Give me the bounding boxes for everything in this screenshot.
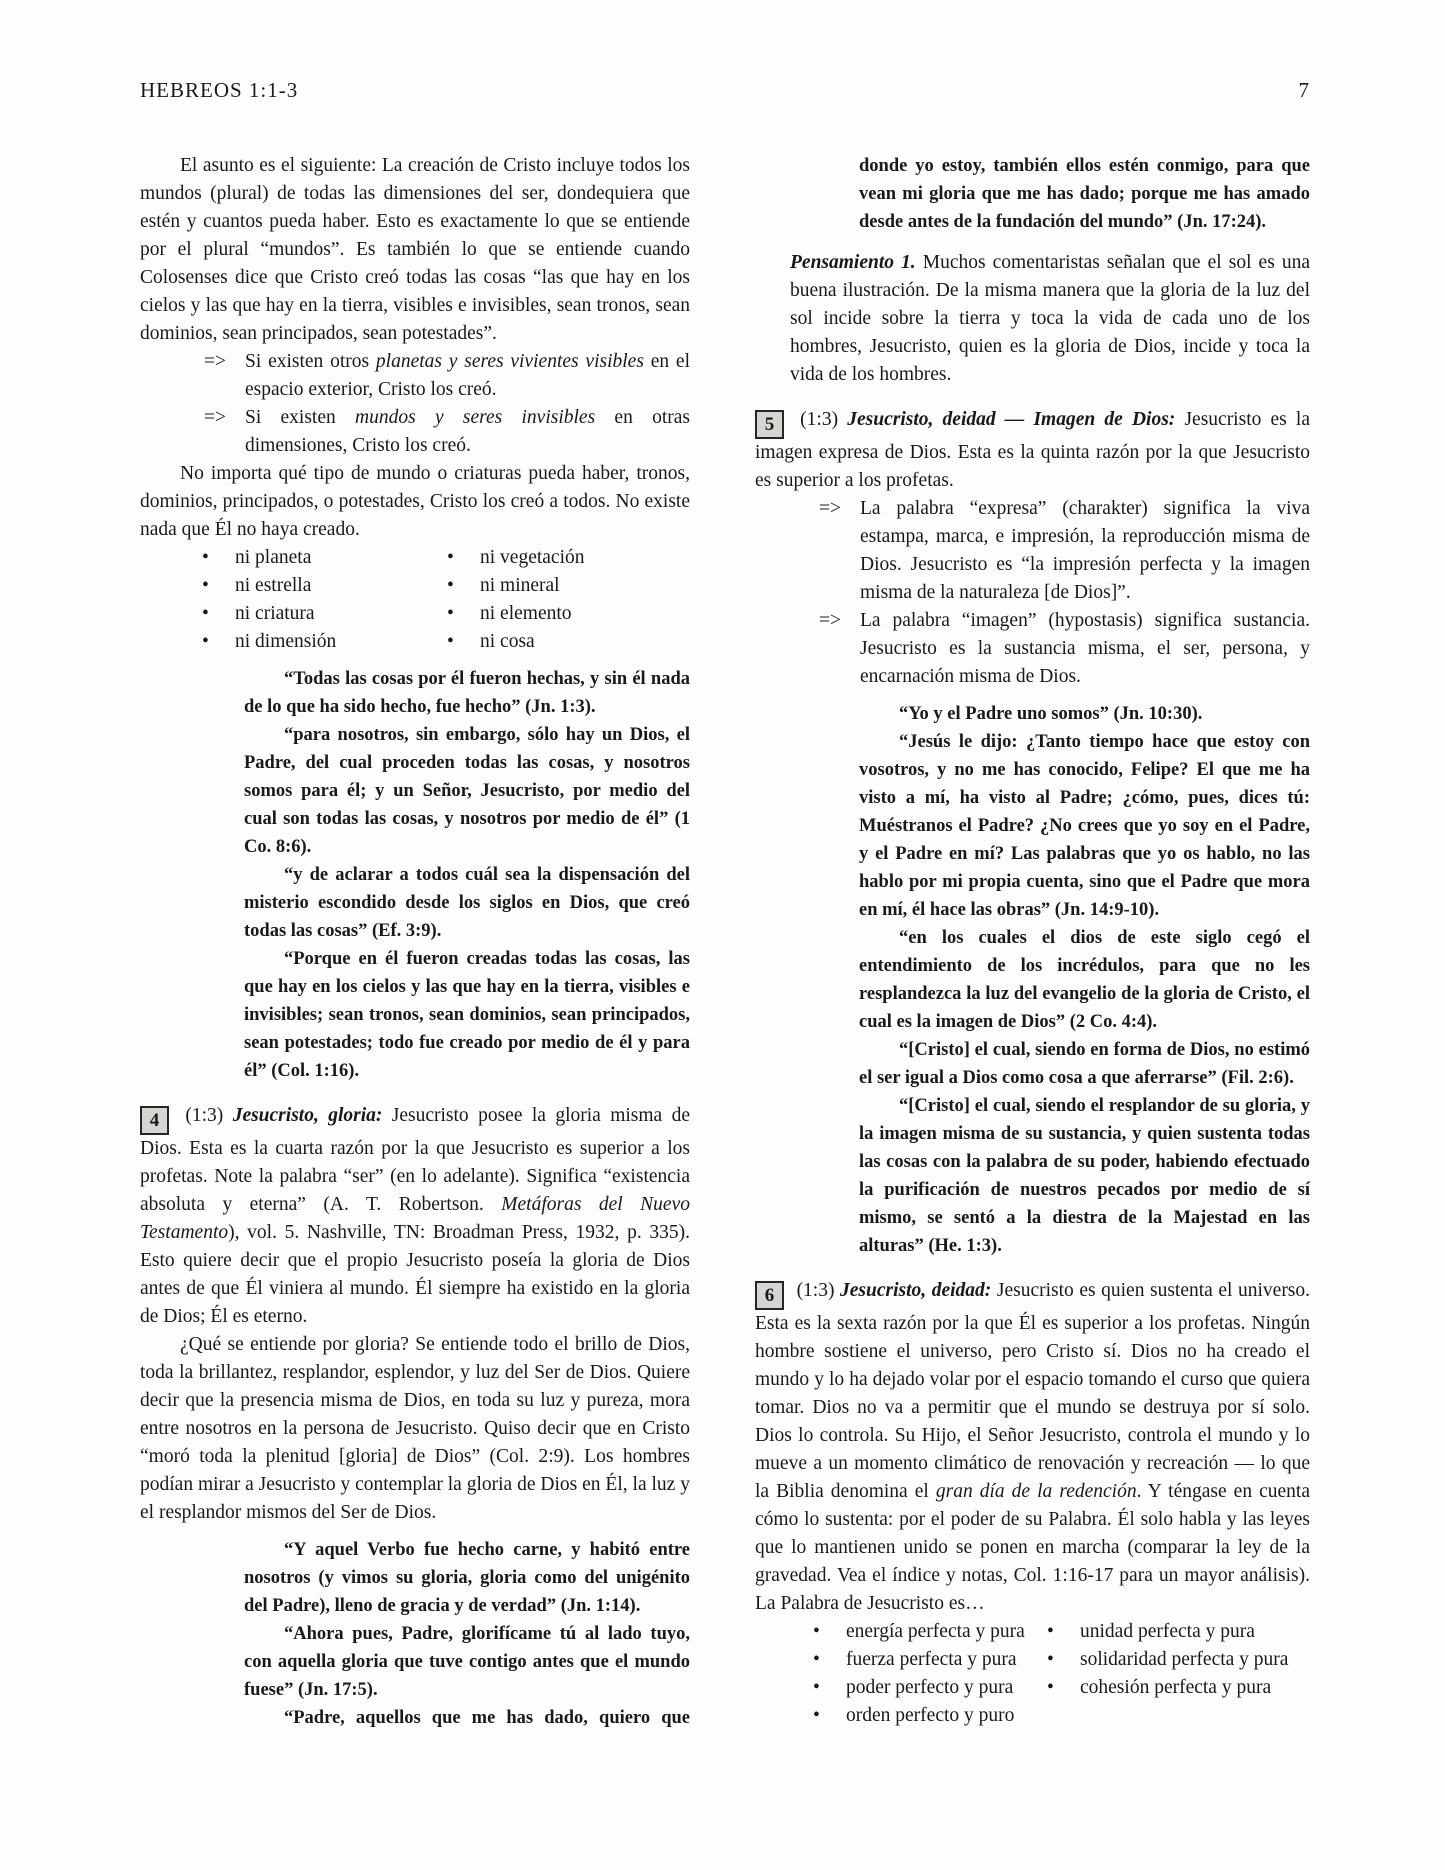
running-head: HEBREOS 1:1-3 (140, 76, 298, 104)
arrow-text: Si existen mundos y seres invisibles en … (245, 404, 690, 460)
list-item-text: energía perfecta y pura (846, 1618, 1047, 1646)
bullet-list: •ni planeta •ni estrella •ni criatura •n… (140, 544, 690, 656)
list-item-text: ni estrella (235, 572, 447, 600)
scripture-quote: “[Cristo] el cual, siendo en forma de Di… (859, 1036, 1310, 1092)
paragraph: ¿Qué se entiende por gloria? Se entiende… (140, 1331, 690, 1527)
list-item: •poder perfecto y pura (813, 1674, 1047, 1702)
section-title: Jesucristo, gloria: (233, 1105, 383, 1126)
list-item-text: cohesión perfecta y pura (1080, 1674, 1310, 1702)
list-item-text: ni cosa (480, 628, 690, 656)
bullet-icon: • (447, 600, 480, 628)
two-column-layout: El asunto es el siguiente: La creación d… (140, 152, 1310, 1741)
bullet-icon: • (202, 544, 235, 572)
arrow-marker: => (755, 607, 860, 691)
list-item-text: solidaridad perfecta y pura (1080, 1646, 1310, 1674)
bullet-icon: • (1047, 1618, 1080, 1646)
bullet-icon: • (813, 1618, 846, 1646)
bullet-list: •energía perfecta y pura •fuerza perfect… (755, 1618, 1310, 1730)
list-item-text: orden perfecto y puro (846, 1702, 1047, 1730)
arrow-marker: => (755, 495, 860, 607)
arrow-text: La palabra “imagen” (hypostasis) signifi… (860, 607, 1310, 691)
bullet-icon: • (447, 544, 480, 572)
scripture-quote: “Jesús le dijo: ¿Tanto tiempo hace que e… (859, 728, 1310, 924)
list-item: •ni vegetación (447, 544, 690, 572)
list-item: •energía perfecta y pura (813, 1618, 1047, 1646)
list-item-text: ni mineral (480, 572, 690, 600)
bullet-icon: • (813, 1702, 846, 1730)
thought-lead: Pensamiento 1. (790, 252, 916, 273)
arrow-item: => Si existen mundos y seres invisibles … (140, 404, 690, 460)
list-item: •orden perfecto y puro (813, 1702, 1047, 1730)
bullet-icon: • (813, 1674, 846, 1702)
bullet-list-column: •energía perfecta y pura •fuerza perfect… (755, 1618, 1047, 1730)
list-item-text: fuerza perfecta y pura (846, 1646, 1047, 1674)
list-item-text: ni criatura (235, 600, 447, 628)
list-item: •ni planeta (202, 544, 447, 572)
scripture-quote: “[Cristo] el cual, siendo el resplandor … (859, 1092, 1310, 1260)
list-item-text: ni elemento (480, 600, 690, 628)
section-title: Jesucristo, deidad — Imagen de Dios: (847, 409, 1175, 430)
bullet-icon: • (202, 628, 235, 656)
section-text: Jesucristo es quien sustenta el universo… (755, 1280, 1310, 1614)
scripture-quote: “Todas las cosas por él fueron hechas, y… (244, 665, 690, 721)
list-item: •ni elemento (447, 600, 690, 628)
section-5: 5 (1:3) Jesucristo, deidad — Imagen de D… (755, 406, 1310, 495)
section-title: Jesucristo, deidad: (840, 1280, 991, 1301)
list-item: •ni criatura (202, 600, 447, 628)
list-item: •solidaridad perfecta y pura (1047, 1646, 1310, 1674)
section-ref: (1:3) (185, 1105, 223, 1126)
list-item: •ni estrella (202, 572, 447, 600)
list-item: •unidad perfecta y pura (1047, 1618, 1310, 1646)
arrow-item: => La palabra “expresa” (charakter) sign… (755, 495, 1310, 607)
scripture-quote-block: “Yo y el Padre uno somos” (Jn. 10:30). “… (755, 700, 1310, 1260)
scripture-quote: “y de aclarar a todos cuál sea la dispen… (244, 861, 690, 945)
bullet-list-column: •unidad perfecta y pura •solidaridad per… (1047, 1618, 1310, 1730)
bullet-list-column: •ni planeta •ni estrella •ni criatura •n… (140, 544, 447, 656)
book-page: HEBREOS 1:1-3 7 El asunto es el siguient… (0, 0, 1445, 1870)
bullet-icon: • (1047, 1674, 1080, 1702)
list-item: •ni dimensión (202, 628, 447, 656)
list-item-text: ni dimensión (235, 628, 447, 656)
scripture-quote-block: donde yo estoy, también ellos estén conm… (755, 152, 1310, 236)
scripture-quote: “Y aquel Verbo fue hecho carne, y habitó… (244, 1536, 690, 1620)
list-item: •ni cosa (447, 628, 690, 656)
arrow-text: Si existen otros planetas y seres vivien… (245, 348, 690, 404)
paragraph: No importa qué tipo de mundo o criaturas… (140, 460, 690, 544)
arrow-text: La palabra “expresa” (charakter) signifi… (860, 495, 1310, 607)
bullet-icon: • (813, 1646, 846, 1674)
bullet-icon: • (447, 572, 480, 600)
section-number-box: 4 (140, 1106, 169, 1135)
paragraph: El asunto es el siguiente: La creación d… (140, 152, 690, 348)
scripture-quote: “Padre, aquellos que me has dado, quiero… (244, 1704, 690, 1732)
scripture-quote: “para nosotros, sin embargo, sólo hay un… (244, 721, 690, 861)
scripture-quote: “en los cuales el dios de este siglo ceg… (859, 924, 1310, 1036)
section-number-box: 5 (755, 410, 784, 439)
bullet-icon: • (202, 572, 235, 600)
list-item: •ni mineral (447, 572, 690, 600)
list-item: •fuerza perfecta y pura (813, 1646, 1047, 1674)
scripture-quote: “Ahora pues, Padre, glorifícame tú al la… (244, 1620, 690, 1704)
section-4: 4 (1:3) Jesucristo, gloria: Jesucristo p… (140, 1102, 690, 1331)
arrow-item: => La palabra “imagen” (hypostasis) sign… (755, 607, 1310, 691)
thought-paragraph: Pensamiento 1. Muchos comentaristas seña… (755, 249, 1310, 389)
list-item-text: ni planeta (235, 544, 447, 572)
arrow-marker: => (140, 348, 245, 404)
arrow-item: => Si existen otros planetas y seres viv… (140, 348, 690, 404)
list-item: •cohesión perfecta y pura (1047, 1674, 1310, 1702)
section-6: 6 (1:3) Jesucristo, deidad: Jesucristo e… (755, 1277, 1310, 1618)
scripture-quote-continuation: donde yo estoy, también ellos estén conm… (859, 152, 1310, 236)
bullet-icon: • (202, 600, 235, 628)
bullet-list-column: •ni vegetación •ni mineral •ni elemento … (447, 544, 690, 656)
page-header: HEBREOS 1:1-3 7 (140, 76, 1310, 104)
page-number: 7 (1299, 76, 1311, 104)
scripture-quote-block: “Todas las cosas por él fueron hechas, y… (140, 665, 690, 1085)
left-column: El asunto es el siguiente: La creación d… (140, 152, 690, 1741)
scripture-quote-block: “Y aquel Verbo fue hecho carne, y habitó… (140, 1536, 690, 1732)
scripture-quote: “Yo y el Padre uno somos” (Jn. 10:30). (859, 700, 1310, 728)
right-column: donde yo estoy, también ellos estén conm… (755, 152, 1310, 1741)
list-item-text: unidad perfecta y pura (1080, 1618, 1310, 1646)
list-item-text: ni vegetación (480, 544, 690, 572)
bullet-icon: • (1047, 1646, 1080, 1674)
section-ref: (1:3) (800, 409, 838, 430)
scripture-quote: “Porque en él fueron creadas todas las c… (244, 945, 690, 1085)
bullet-icon: • (447, 628, 480, 656)
section-text: Jesucristo posee la gloria misma de Dios… (140, 1105, 690, 1327)
arrow-marker: => (140, 404, 245, 460)
list-item-text: poder perfecto y pura (846, 1674, 1047, 1702)
section-ref: (1:3) (797, 1280, 835, 1301)
section-number-box: 6 (755, 1281, 784, 1310)
